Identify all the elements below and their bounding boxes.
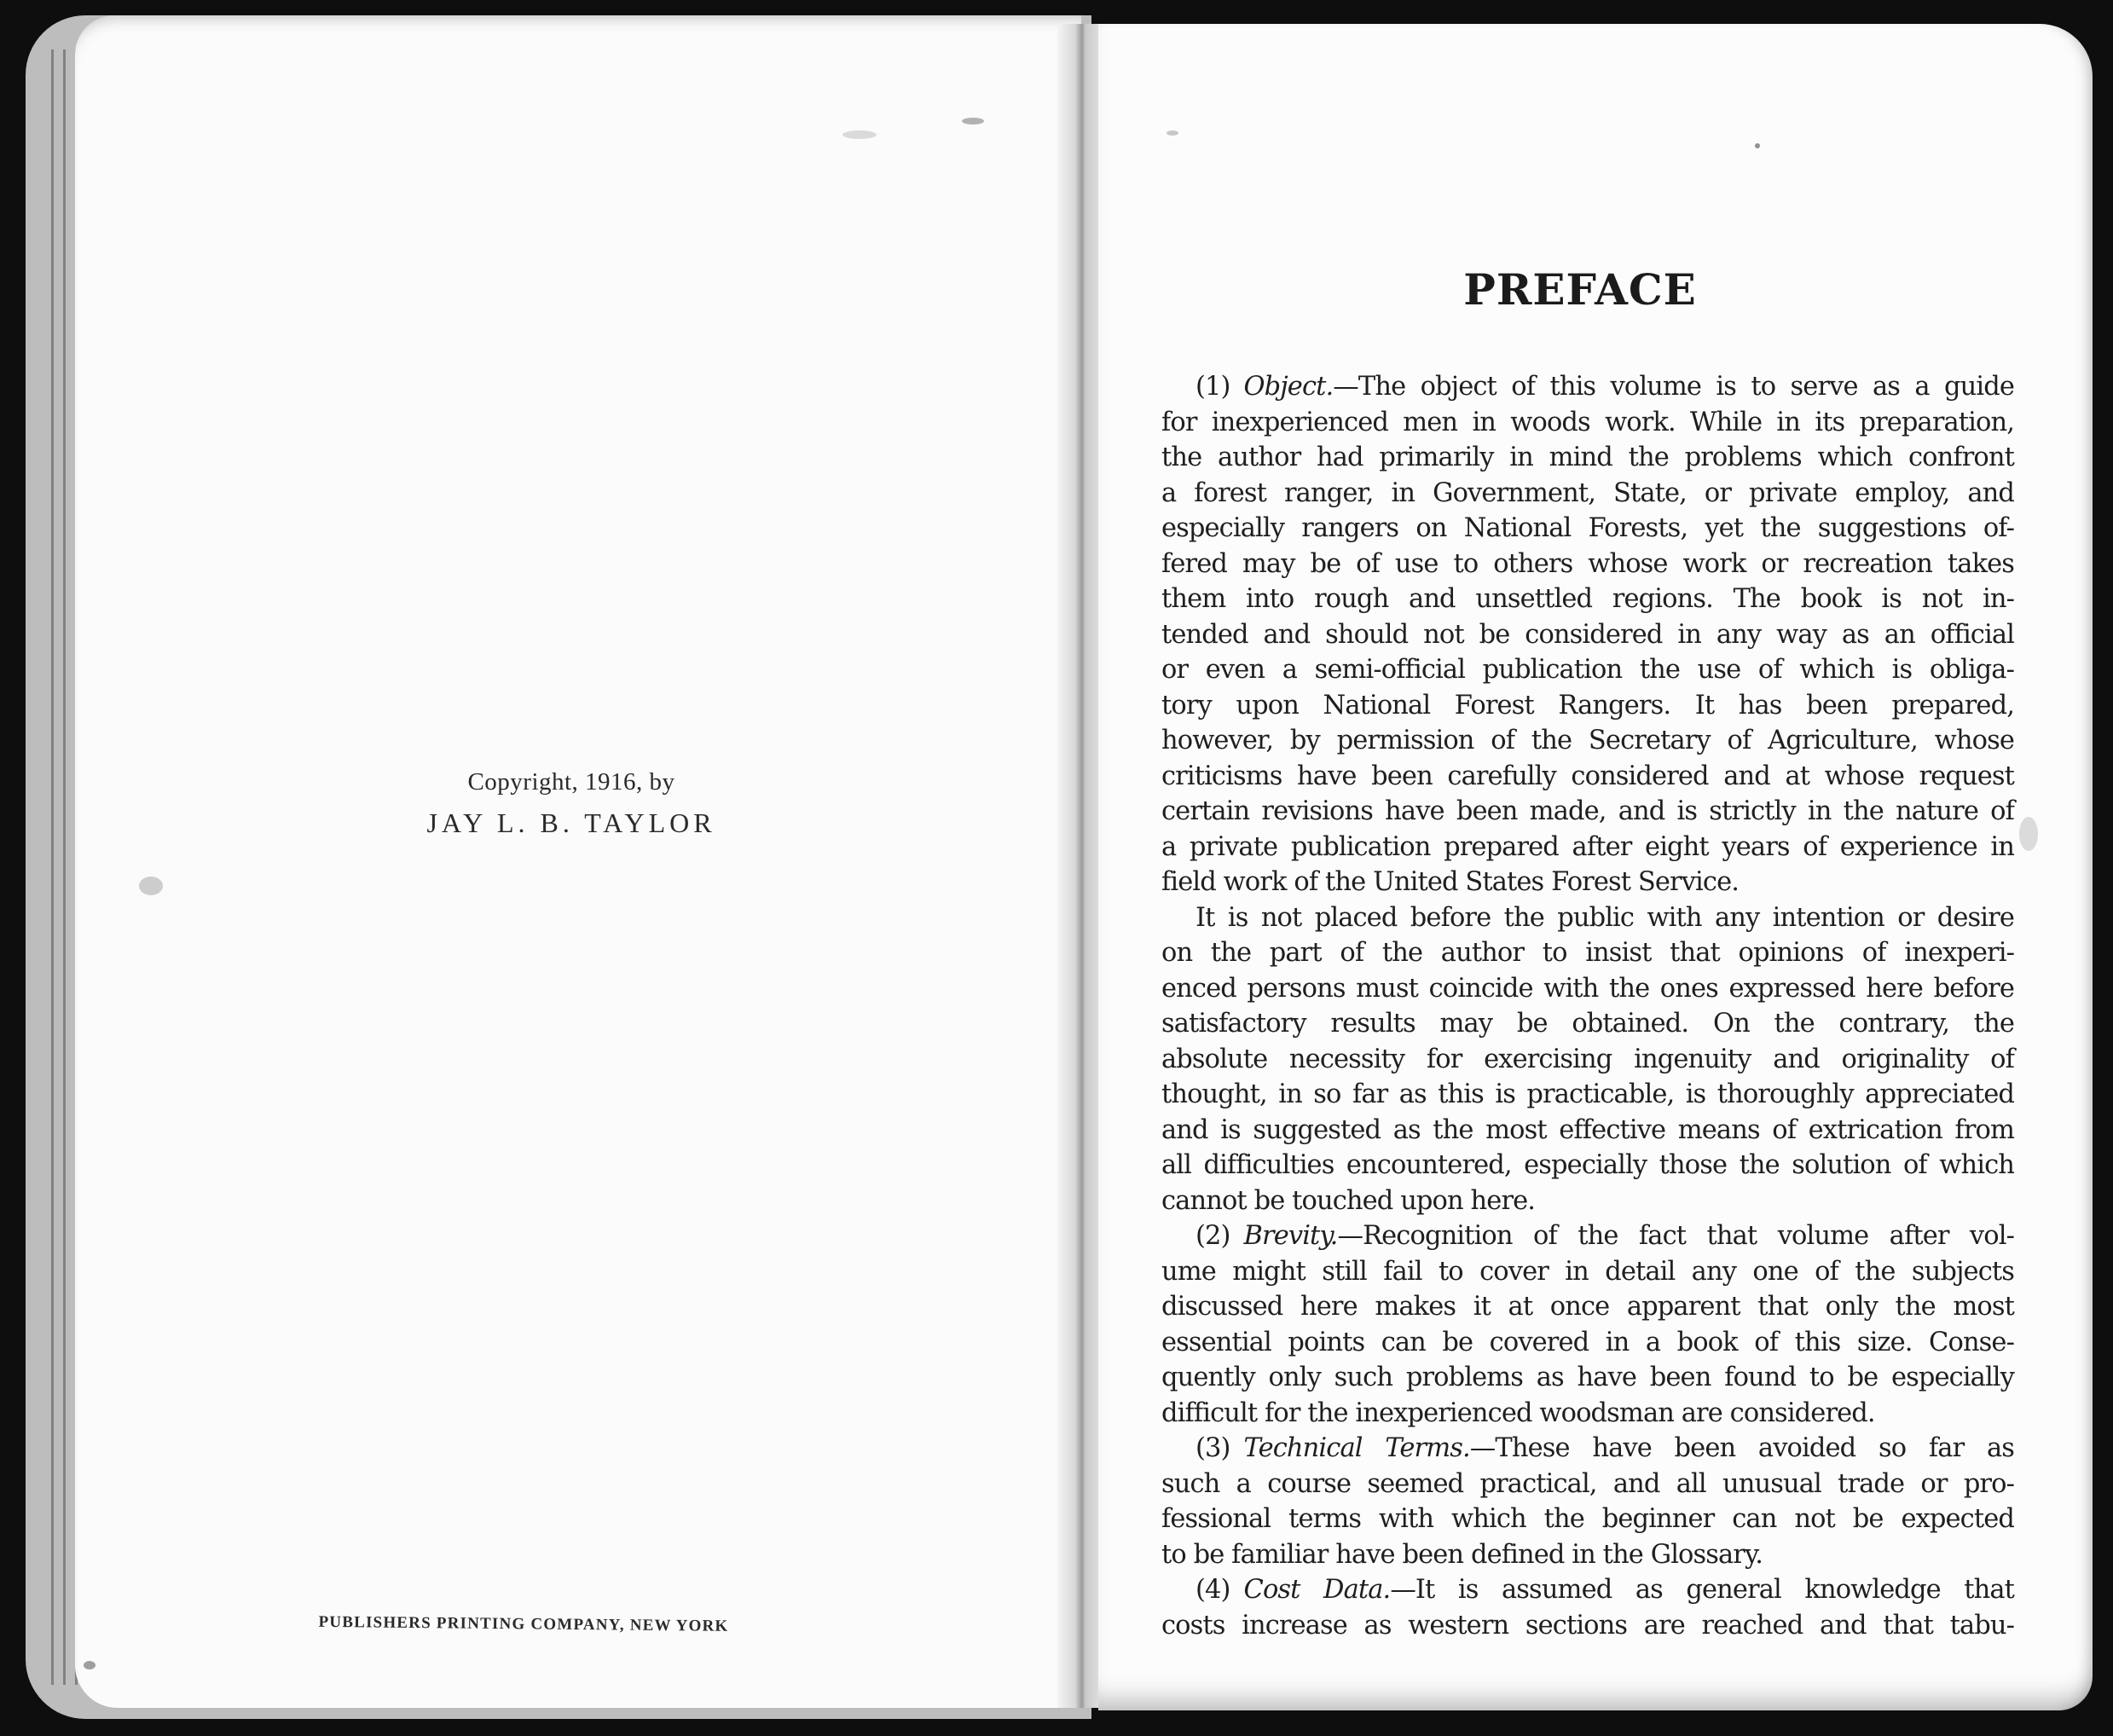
- text-line: essential points can be covered in a boo…: [1161, 1325, 2014, 1361]
- text-line: to be familiar have been defined in the …: [1161, 1537, 2014, 1573]
- left-page-copyright: Copyright, 1916, by JAY L. B. TAYLOR PUB…: [75, 15, 1081, 1708]
- publisher-text: PUBLISHERS PRINTING COMPANY, NEW YORK: [318, 1613, 728, 1635]
- text-line: (2)Brevity.—Recognition of the fact that…: [1161, 1218, 2014, 1254]
- page-title: PREFACE: [1098, 264, 2062, 315]
- page-speck: [2019, 817, 2038, 851]
- text-line: quently only such problems as have been …: [1161, 1360, 2014, 1396]
- text-line: especially rangers on National Forests, …: [1161, 511, 2014, 547]
- text-line: tended and should not be considered in a…: [1161, 617, 2014, 653]
- text-line: a forest ranger, in Government, State, o…: [1161, 476, 2014, 512]
- page-edge-line: [51, 49, 54, 1685]
- text-line: however, by permission of the Secretary …: [1161, 723, 2014, 759]
- author-name: JAY L. B. TAYLOR: [68, 803, 1074, 842]
- text-line: ume might still fail to cover in detail …: [1161, 1254, 2014, 1290]
- text-line: all difficulties encountered, especially…: [1161, 1148, 2014, 1183]
- text-line: costs increase as western sections are r…: [1161, 1608, 2014, 1644]
- text-line: a private publication prepared after eig…: [1161, 830, 2014, 865]
- text-line: (1)Object.—The object of this volume is …: [1161, 369, 2014, 405]
- page-edge-line: [63, 49, 66, 1685]
- text-line: (3)Technical Terms.—These have been avoi…: [1161, 1431, 2014, 1467]
- text-line: cannot be touched upon here.: [1161, 1183, 2014, 1219]
- page-speck: [842, 130, 877, 139]
- page-speck: [962, 118, 984, 124]
- text-line: field work of the United States Forest S…: [1161, 865, 2014, 900]
- text-line: It is not placed before the public with …: [1161, 900, 2014, 936]
- text-line: certain revisions have been made, and is…: [1161, 794, 2014, 830]
- text-line: discussed here makes it at once apparent…: [1161, 1289, 2014, 1325]
- text-line: thought, in so far as this is practicabl…: [1161, 1077, 2014, 1113]
- text-line: the author had primarily in mind the pro…: [1161, 440, 2014, 476]
- preface-body: (1)Object.—The object of this volume is …: [1161, 369, 2014, 1643]
- page-speck: [139, 877, 163, 895]
- page-speck: [1166, 130, 1178, 136]
- text-line: on the part of the author to insist that…: [1161, 935, 2014, 971]
- open-book-spread: Copyright, 1916, by JAY L. B. TAYLOR PUB…: [0, 0, 2113, 1736]
- text-line: fessional terms with which the beginner …: [1161, 1502, 2014, 1537]
- text-line: (4)Cost Data.—It is assumed as general k…: [1161, 1572, 2014, 1608]
- text-line: such a course seemed practical, and all …: [1161, 1467, 2014, 1502]
- right-page-preface: PREFACE (1)Object.—The object of this vo…: [1098, 24, 2093, 1710]
- publisher-imprint: PUBLISHERS PRINTING COMPANY, NEW YORK: [75, 1611, 1081, 1640]
- text-line: absolute necessity for exercising ingenu…: [1161, 1042, 2014, 1078]
- page-speck: [1755, 143, 1760, 148]
- text-line: tory upon National Forest Rangers. It ha…: [1161, 688, 2014, 724]
- text-line: or even a semi-official publication the …: [1161, 652, 2014, 688]
- text-line: criticisms have been carefully considere…: [1161, 759, 2014, 795]
- copyright-block: Copyright, 1916, by JAY L. B. TAYLOR: [75, 761, 1081, 842]
- text-line: for inexperienced men in woods work. Whi…: [1161, 405, 2014, 441]
- page-speck: [84, 1661, 96, 1669]
- copyright-line: Copyright, 1916, by: [68, 761, 1074, 803]
- text-line: and is suggested as the most effective m…: [1161, 1113, 2014, 1149]
- text-line: satisfactory results may be obtained. On…: [1161, 1006, 2014, 1042]
- text-line: them into rough and unsettled regions. T…: [1161, 582, 2014, 617]
- text-line: fered may be of use to others whose work…: [1161, 547, 2014, 582]
- text-line: difficult for the inexperienced woodsman…: [1161, 1396, 2014, 1432]
- text-line: enced persons must coincide with the one…: [1161, 971, 2014, 1007]
